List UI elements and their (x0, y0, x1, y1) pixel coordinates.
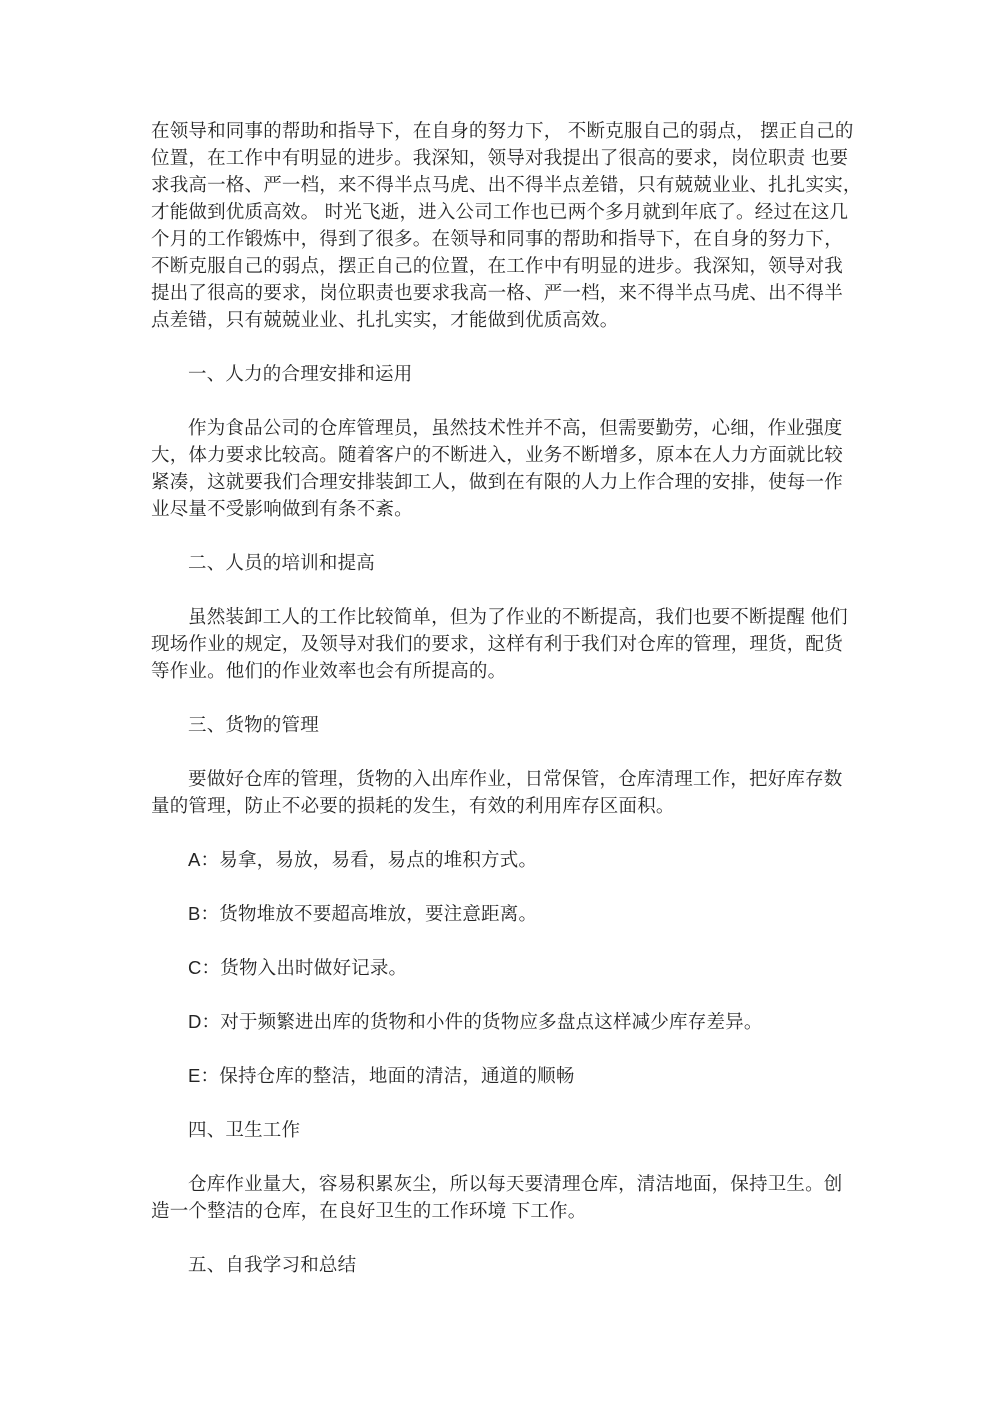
list-item-b: B：货物堆放不要超高堆放，要注意距离。 (151, 900, 882, 927)
section-3-paragraph: 要做好仓库的管理，货物的入出库作业，日常保管，仓库清理工作，把好库存数 量的管理… (151, 765, 882, 819)
list-item-d: D：对于频繁进出库的货物和小件的货物应多盘点这样减少库存差异。 (151, 1008, 882, 1035)
section-5-heading: 五、自我学习和总结 (151, 1251, 882, 1278)
section-1-paragraph: 作为食品公司的仓库管理员，虽然技术性并不高，但需要勤劳，心细，作业强度 大，体力… (151, 414, 882, 522)
section-3-heading: 三、货物的管理 (151, 711, 882, 738)
list-item-c: C：货物入出时做好记录。 (151, 954, 882, 981)
document-content: 在领导和同事的帮助和指导下，在自身的努力下， 不断克服自己的弱点， 摆正自己的 … (0, 0, 1000, 1278)
section-2-heading: 二、人员的培训和提高 (151, 549, 882, 576)
intro-paragraph: 在领导和同事的帮助和指导下，在自身的努力下， 不断克服自己的弱点， 摆正自己的 … (151, 117, 882, 333)
list-item-a: A：易拿，易放，易看，易点的堆积方式。 (151, 846, 882, 873)
section-4-paragraph: 仓库作业量大，容易积累灰尘，所以每天要清理仓库，清洁地面，保持卫生。创 造一个整… (151, 1170, 882, 1224)
section-4-heading: 四、卫生工作 (151, 1116, 882, 1143)
list-item-e: E：保持仓库的整洁，地面的清洁，通道的顺畅 (151, 1062, 882, 1089)
document-page: 在领导和同事的帮助和指导下，在自身的努力下， 不断克服自己的弱点， 摆正自己的 … (0, 0, 1000, 1415)
section-2-paragraph: 虽然装卸工人的工作比较简单，但为了作业的不断提高，我们也要不断提醒 他们 现场作… (151, 603, 882, 684)
section-1-heading: 一、人力的合理安排和运用 (151, 360, 882, 387)
